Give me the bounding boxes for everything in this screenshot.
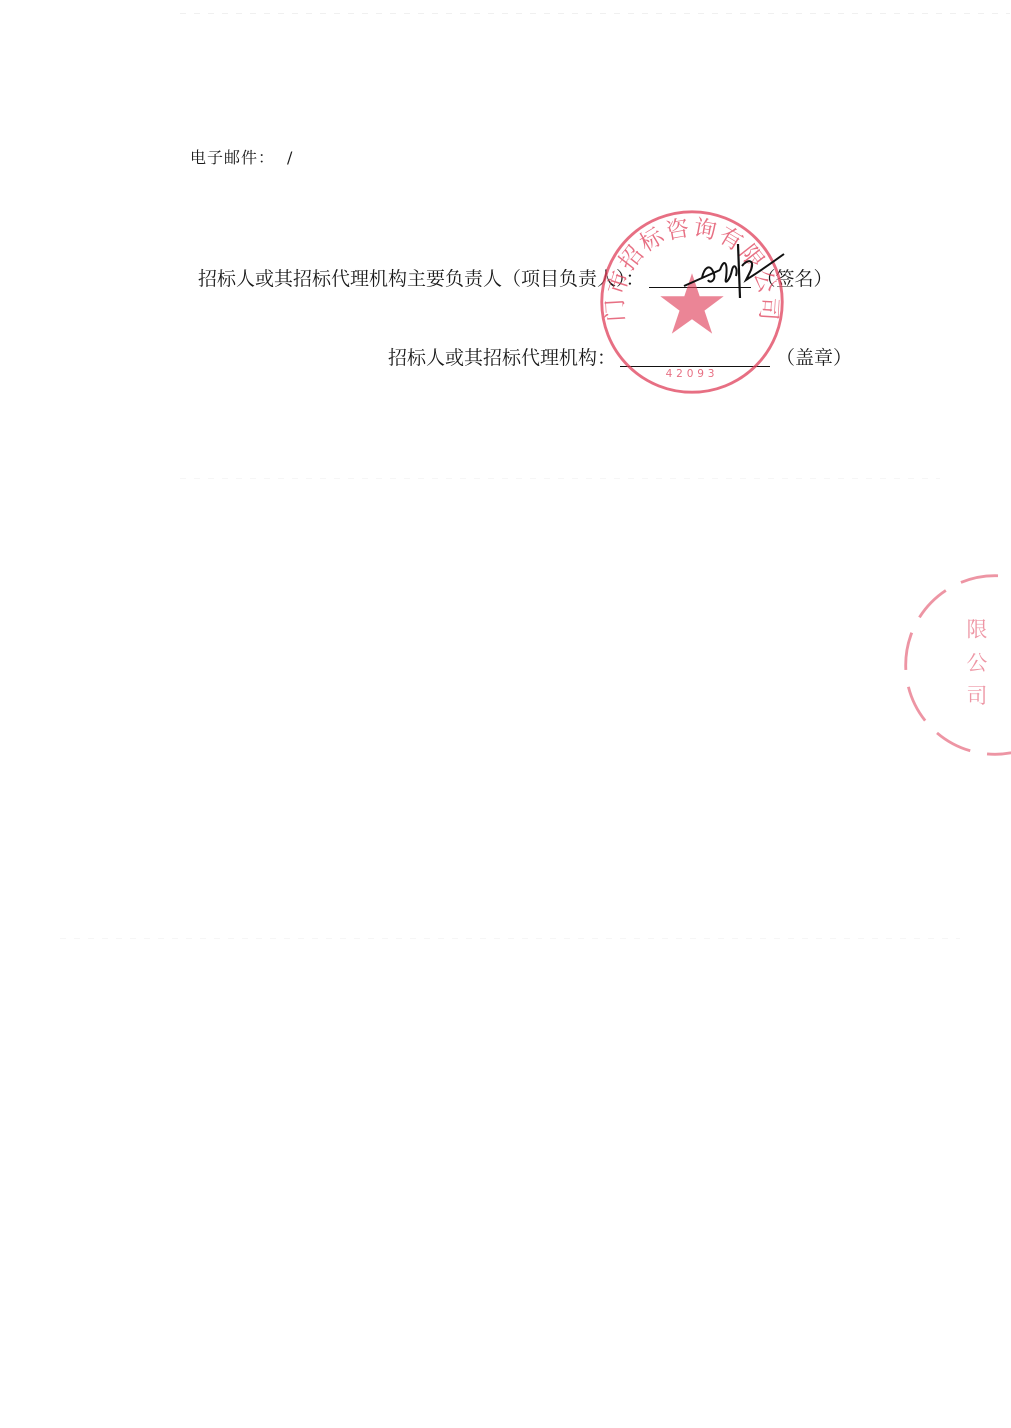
scan-artifact-line bbox=[180, 478, 940, 479]
seal-row: 招标人或其招标代理机构： （盖章） bbox=[388, 343, 852, 370]
scan-artifact-line bbox=[180, 13, 1010, 14]
seal-label: 招标人或其招标代理机构： bbox=[388, 343, 616, 370]
signature-label: 招标人或其招标代理机构主要负责人（项目负责人）： bbox=[198, 264, 645, 291]
email-row: 电子邮件：/ bbox=[190, 145, 293, 168]
signature-suffix: （签名） bbox=[757, 264, 833, 291]
signature-row: 招标人或其招标代理机构主要负责人（项目负责人）： （签名） bbox=[198, 264, 833, 291]
scan-artifact-line bbox=[60, 938, 960, 939]
email-label: 电子邮件： bbox=[190, 148, 275, 167]
svg-text:司: 司 bbox=[967, 684, 988, 708]
seal-suffix: （盖章） bbox=[776, 343, 852, 370]
email-value: / bbox=[287, 148, 293, 167]
signature-blank-line bbox=[649, 267, 751, 288]
svg-text:限: 限 bbox=[967, 618, 988, 642]
partial-seal-stamp-icon: 限 公 司 bbox=[900, 570, 1011, 760]
svg-text:公: 公 bbox=[967, 651, 988, 675]
seal-blank-line bbox=[620, 346, 770, 367]
document-page: 电子邮件：/ 招标人或其招标代理机构主要负责人（项目负责人）： （签名） 招标人… bbox=[0, 0, 1011, 1428]
